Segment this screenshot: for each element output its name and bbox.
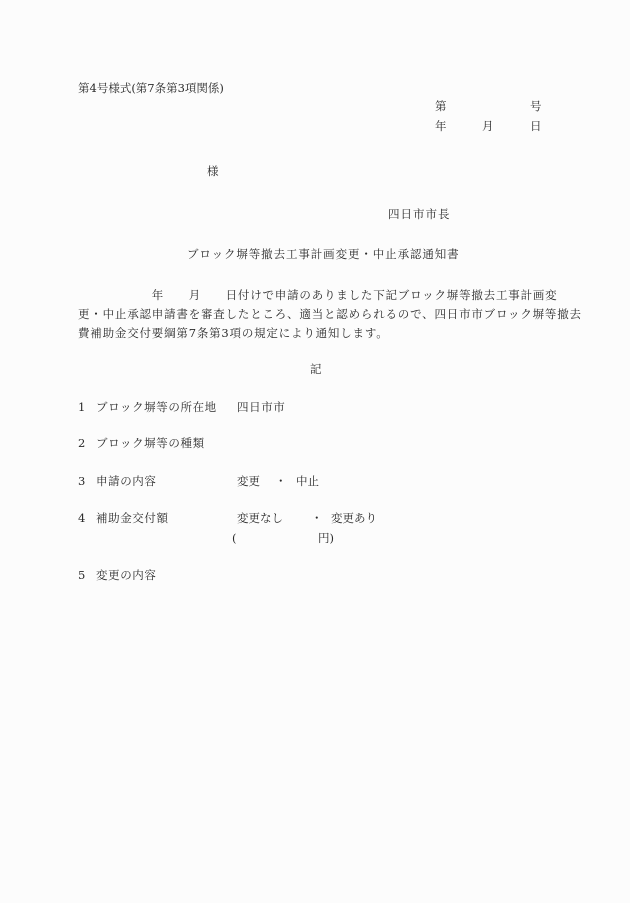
- issuer: 四日市市長: [388, 207, 451, 221]
- item-number: 4: [78, 511, 85, 525]
- option-separator: ・: [275, 474, 287, 488]
- item-value: 四日市市: [237, 400, 285, 414]
- body-line: 更・中止承認申請書を審査したところ、適当と認められるので、四日市市ブロック塀等撤…: [78, 307, 582, 321]
- ki-heading: 記: [310, 362, 322, 376]
- item-label: 変更の内容: [96, 568, 157, 582]
- form-number: 第4号様式(第7条第3項関係): [78, 81, 224, 95]
- item-number: 1: [78, 400, 85, 414]
- item-label: 補助金交付額: [96, 511, 169, 525]
- item-number: 2: [78, 436, 85, 450]
- document-title: ブロック塀等撤去工事計画変更・中止承認通知書: [187, 247, 460, 261]
- item-label: 申請の内容: [96, 474, 157, 488]
- item-number: 3: [78, 474, 85, 488]
- item-label: ブロック塀等の所在地: [96, 400, 217, 414]
- option-suspend: 中止: [296, 474, 319, 488]
- option-no-change: 変更なし: [237, 511, 283, 525]
- date-month-label: 月: [482, 119, 494, 133]
- option-separator: ・: [311, 511, 323, 525]
- body-line: 費補助金交付要綱第7条第3項の規定により通知します。: [78, 326, 389, 340]
- date-year-label: 年: [435, 119, 447, 133]
- amount-paren-open: (: [232, 531, 237, 545]
- option-change: 変更: [237, 474, 260, 488]
- amount-yen-close: 円): [318, 531, 334, 545]
- item-number: 5: [78, 568, 85, 582]
- reference-number-prefix: 第: [435, 99, 447, 113]
- item-label: ブロック塀等の種類: [96, 436, 205, 450]
- option-changed: 変更あり: [331, 511, 377, 525]
- body-line: 年 月 日付けで申請のありました下記ブロック塀等撤去工事計画変: [78, 288, 557, 302]
- addressee-suffix: 様: [207, 164, 219, 178]
- reference-number-suffix: 号: [530, 99, 542, 113]
- date-day-label: 日: [530, 119, 542, 133]
